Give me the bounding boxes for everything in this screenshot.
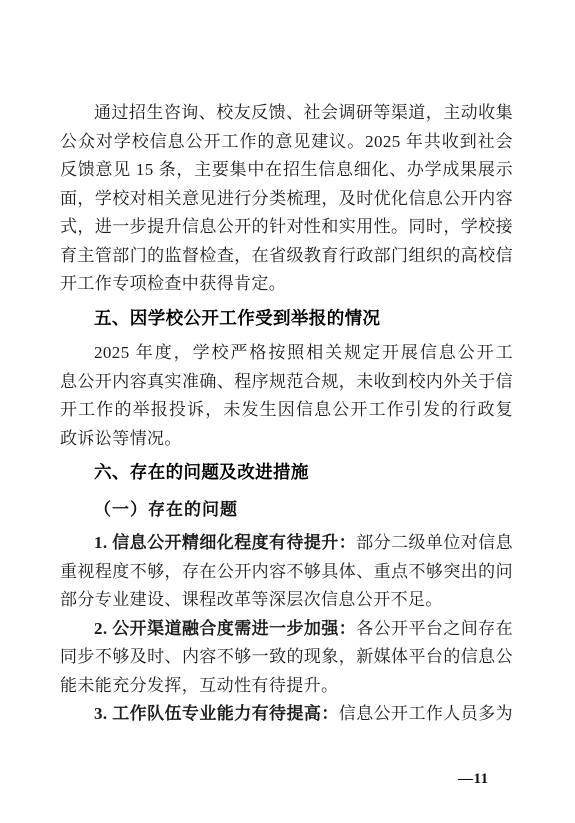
text-line: 2025 年度，学校严格按照相关规定开展信息公开工作，信	[60, 339, 513, 368]
text-line: 反馈意见 15 条，主要集中在招生信息细化、办学成果展示等方	[60, 156, 513, 185]
text-line: 部分专业建设、课程改革等深层次信息公开不足。	[60, 586, 513, 615]
text-line: 育主管部门的监督检查，在省级教育行政部门组织的高校信息公	[60, 242, 513, 271]
issue-2-lead: 2. 公开渠道融合度需进一步加强：	[94, 619, 356, 638]
paragraph-section-five: 2025 年度，学校严格按照相关规定开展信息公开工作，信 息公开内容真实准确、程…	[60, 339, 513, 453]
document-page: 通过招生咨询、校友反馈、社会调研等渠道，主动收集社会 公众对学校信息公开工作的意…	[0, 0, 575, 823]
page-number: —11	[458, 771, 489, 788]
text-line: 政诉讼等情况。	[60, 425, 513, 454]
text-line: 通过招生咨询、校友反馈、社会调研等渠道，主动收集社会	[60, 99, 513, 128]
text-line: 重视程度不够，存在公开内容不够具体、重点不够突出的问题，	[60, 558, 513, 587]
text-line: 2. 公开渠道融合度需进一步加强：各公开平台之间存在信息	[60, 615, 513, 644]
text-line: 1. 信息公开精细化程度有待提升：部分二级单位对信息公开	[60, 529, 513, 558]
issue-3-lead: 3. 工作队伍专业能力有待提高：	[94, 704, 339, 723]
text-line: 同步不够及时、内容不够一致的现象，新媒体平台的信息公开功	[60, 643, 513, 672]
text-line: 开工作专项检查中获得肯定。	[60, 270, 513, 299]
section-six-heading: 六、存在的问题及改进措施	[60, 458, 513, 487]
text-line: 面，学校对相关意见进行分类梳理，及时优化信息公开内容和形	[60, 185, 513, 214]
issue-item-3: 3. 工作队伍专业能力有待提高：信息公开工作人员多为兼	[60, 700, 513, 729]
section-five-heading: 五、因学校公开工作受到举报的情况	[60, 304, 513, 333]
paragraph-feedback: 通过招生咨询、校友反馈、社会调研等渠道，主动收集社会 公众对学校信息公开工作的意…	[60, 99, 513, 299]
text-line: 能未能充分发挥，互动性有待提升。	[60, 672, 513, 701]
issue-item-1: 1. 信息公开精细化程度有待提升：部分二级单位对信息公开 重视程度不够，存在公开…	[60, 529, 513, 615]
issues-list: 1. 信息公开精细化程度有待提升：部分二级单位对信息公开 重视程度不够，存在公开…	[60, 529, 513, 729]
issue-item-2: 2. 公开渠道融合度需进一步加强：各公开平台之间存在信息 同步不够及时、内容不够…	[60, 615, 513, 701]
text-line: 公众对学校信息公开工作的意见建议。2025 年共收到社会各界	[60, 128, 513, 157]
issue-1-lead: 1. 信息公开精细化程度有待提升：	[94, 533, 356, 552]
text-line: 息公开内容真实准确、程序规范合规，未收到校内外关于信息公	[60, 368, 513, 397]
subsection-one-heading: （一）存在的问题	[60, 496, 513, 525]
text-line: 3. 工作队伍专业能力有待提高：信息公开工作人员多为兼	[60, 700, 513, 729]
text-line: 开工作的举报投诉，未发生因信息公开工作引发的行政复议、行	[60, 396, 513, 425]
text-line: 式，进一步提升信息公开的针对性和实用性。同时，学校接受教	[60, 213, 513, 242]
